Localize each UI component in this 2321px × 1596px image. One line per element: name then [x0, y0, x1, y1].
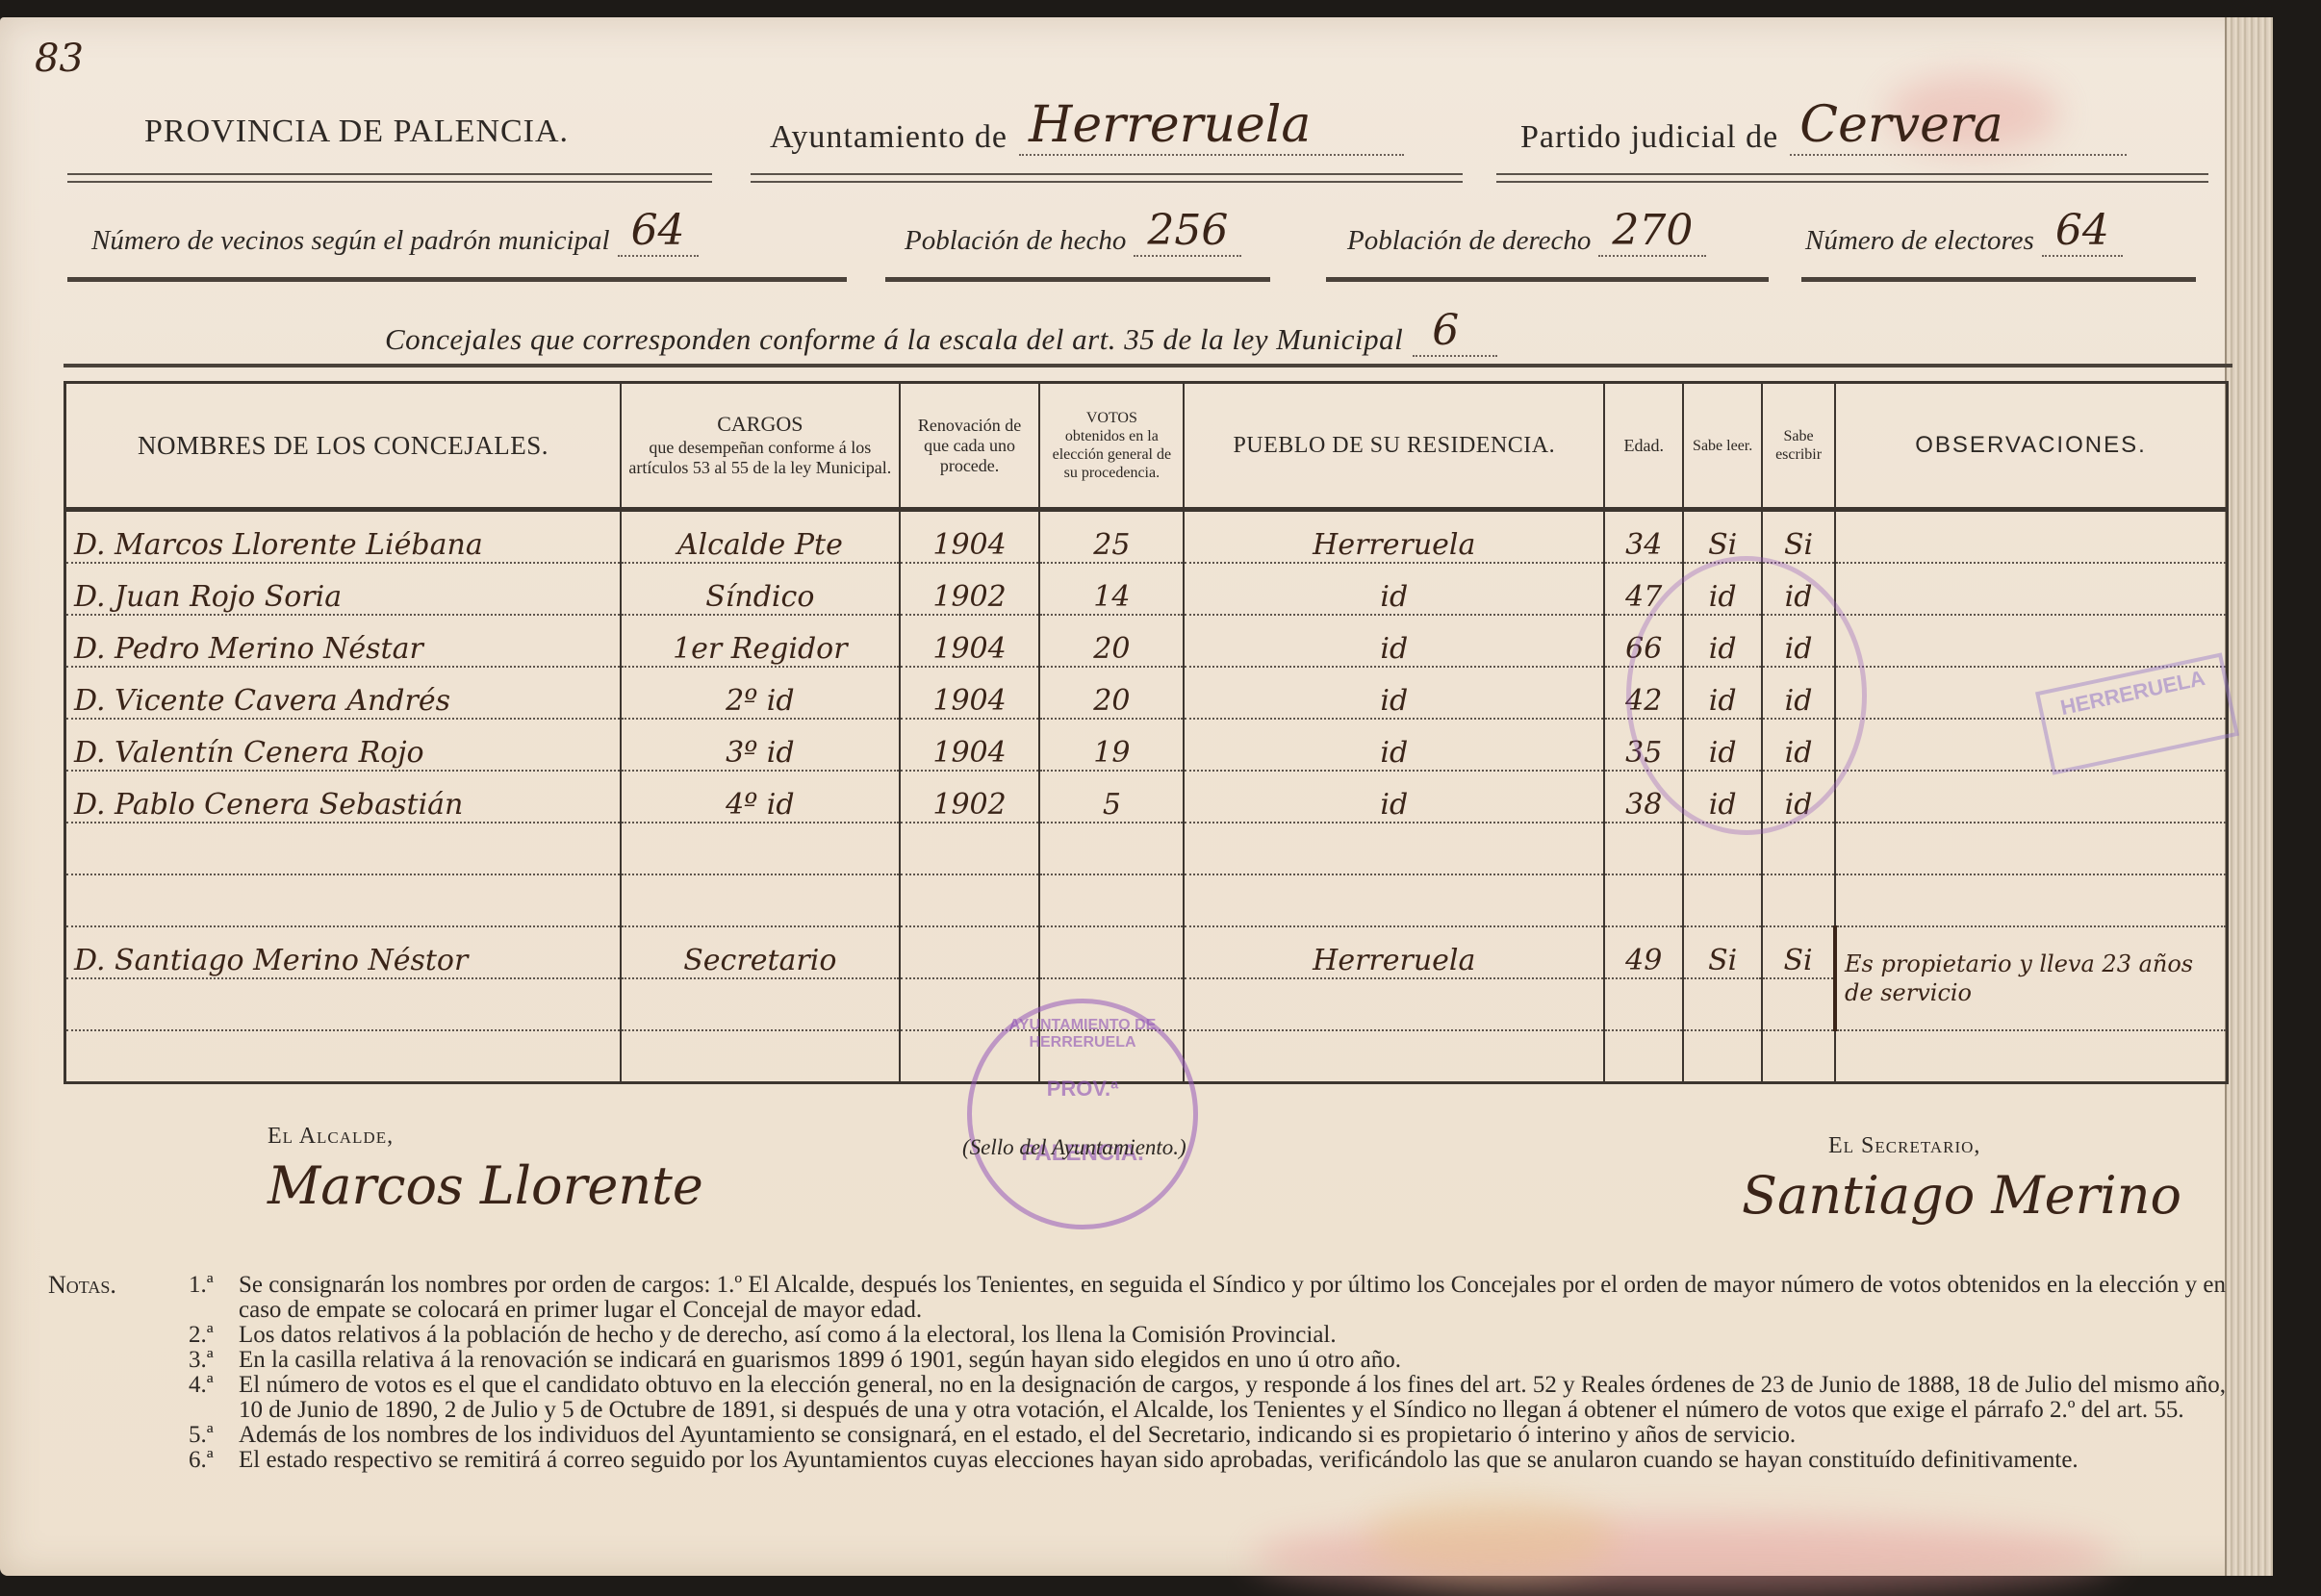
table-row: D. Vicente Cavera Andrés 2º id 1904 20 i… [65, 667, 2228, 719]
faded-round-stamp [1626, 556, 1867, 835]
col-edad: Edad. [1604, 383, 1683, 510]
divider [67, 173, 712, 183]
cargos-subtitle: que desempeñan conforme á los artículos … [625, 438, 895, 478]
cell-nombre: D. Pedro Merino Néstar [65, 615, 622, 667]
derecho-label: Población de derecho [1347, 225, 1591, 257]
table-row: D. Juan Rojo Soria Síndico 1902 14 id 47… [65, 563, 2228, 615]
col-nombres: NOMBRES DE LOS CONCEJALES. [65, 383, 622, 510]
vecinos-value: 64 [618, 206, 699, 257]
divider [64, 364, 2232, 367]
cell-renovacion: 1902 [900, 563, 1040, 615]
concejales-value: 6 [1413, 306, 1497, 357]
cell-pueblo: Herreruela [1184, 926, 1604, 978]
ayuntamiento-label: Ayuntamiento de [770, 119, 1007, 156]
cell-nombre: D. Marcos Llorente Liébana [65, 510, 622, 564]
cell-cargo: 3º id [621, 719, 900, 771]
alcalde-signature-block: El Alcalde, Marcos Llorente [268, 1124, 703, 1216]
concejales-line: Concejales que corresponden conforme á l… [385, 306, 1497, 357]
divider [751, 173, 1463, 183]
note-item: 1.ªSe consignarán los nombres por orden … [48, 1273, 2232, 1323]
note-text: Además de los nombres de los individuos … [239, 1422, 1796, 1448]
note-number: 3.ª [189, 1348, 239, 1373]
notes-section: Notas. 1.ªSe consignarán los nombres por… [48, 1273, 2232, 1473]
cell-obs [1835, 771, 2227, 823]
table-row: D. Marcos Llorente Liébana Alcalde Pte 1… [65, 510, 2228, 564]
cell-renovacion: 1904 [900, 719, 1040, 771]
stat-electores: Número de electores 64 [1805, 206, 2123, 257]
partido-value: Cervera [1790, 96, 2127, 156]
alcalde-signature: Marcos Llorente [268, 1155, 703, 1216]
note-item: 3.ªEn la casilla relativa á la renovació… [48, 1348, 2232, 1373]
table-row: D. Valentín Cenera Rojo 3º id 1904 19 id… [65, 719, 2228, 771]
cell-escribir: Si [1762, 510, 1835, 564]
cell-cargo: Alcalde Pte [621, 510, 900, 564]
cell-nombre: D. Pablo Cenera Sebastián [65, 771, 622, 823]
concejales-label: Concejales que corresponden conforme á l… [385, 322, 1403, 357]
alcalde-title: El Alcalde, [268, 1124, 703, 1150]
col-renovacion: Renovación de que cada uno procede. [900, 383, 1040, 510]
stamp-text-mid: PROV.ª [972, 1077, 1193, 1102]
cell-votos: 20 [1039, 667, 1184, 719]
ayuntamiento-value: Herreruela [1019, 96, 1404, 156]
note-item: 6.ªEl estado respectivo se remitirá á co… [48, 1448, 2232, 1473]
note-item: 4.ªEl número de votos es el que el candi… [48, 1373, 2232, 1423]
cell-nombre: D. Valentín Cenera Rojo [65, 719, 622, 771]
cell-pueblo: id [1184, 771, 1604, 823]
note-number: 4.ª [189, 1373, 239, 1398]
header-partido: Partido judicial de Cervera [1520, 96, 2127, 156]
electores-label: Número de electores [1805, 225, 2034, 257]
table-row-empty [65, 823, 2228, 874]
stamp-text-top: AYUNTAMIENTO DE HERRERUELA [972, 1017, 1193, 1051]
cell-pueblo: id [1184, 719, 1604, 771]
note-text: En la casilla relativa á la renovación s… [239, 1347, 1401, 1373]
derecho-value: 270 [1598, 206, 1706, 257]
cell-obs: Es propietario y lleva 23 años de servic… [1835, 926, 2227, 1030]
cell-leer: Si [1683, 510, 1762, 564]
cell-votos: 14 [1039, 563, 1184, 615]
cell-pueblo: id [1184, 563, 1604, 615]
divider [885, 277, 1270, 282]
cell-renovacion: 1902 [900, 771, 1040, 823]
secretario-title: El Secretario, [1828, 1133, 2181, 1159]
note-number: 5.ª [189, 1423, 239, 1448]
cell-edad: 49 [1604, 926, 1683, 978]
provincia-title: PROVINCIA DE PALENCIA. [144, 114, 569, 150]
divider [1801, 277, 2196, 282]
seal-caption: (Sello del Ayuntamiento.) [962, 1135, 1186, 1160]
cell-pueblo: Herreruela [1184, 510, 1604, 564]
cell-votos: 20 [1039, 615, 1184, 667]
divider [1326, 277, 1769, 282]
table-header-row: NOMBRES DE LOS CONCEJALES. CARGOS que de… [65, 383, 2228, 510]
cell-renovacion: 1904 [900, 615, 1040, 667]
note-text: Los datos relativos á la población de he… [239, 1322, 1337, 1348]
note-item: 2.ªLos datos relativos á la población de… [48, 1323, 2232, 1348]
cell-cargo: Secretario [621, 926, 900, 978]
stat-vecinos: Número de vecinos según el padrón munici… [91, 206, 699, 257]
divider [67, 277, 847, 282]
cell-escribir: Si [1762, 926, 1835, 978]
cell-pueblo: id [1184, 667, 1604, 719]
cell-votos: 25 [1039, 510, 1184, 564]
cell-obs [1835, 615, 2227, 667]
cell-nombre: D. Juan Rojo Soria [65, 563, 622, 615]
cell-votos: 19 [1039, 719, 1184, 771]
folio-number: 83 [35, 37, 84, 81]
note-text: Se consignarán los nombres por orden de … [239, 1272, 2226, 1323]
stain [1366, 1499, 1617, 1576]
note-number: 2.ª [189, 1323, 239, 1348]
document-page: 83 PROVINCIA DE PALENCIA. Ayuntamiento d… [0, 17, 2273, 1576]
table-row: D. Pedro Merino Néstar 1er Regidor 1904 … [65, 615, 2228, 667]
note-item: 5.ªAdemás de los nombres de los individu… [48, 1423, 2232, 1448]
concejales-table: NOMBRES DE LOS CONCEJALES. CARGOS que de… [64, 381, 2229, 1084]
col-votos: VOTOS obtenidos en la elección general d… [1039, 383, 1184, 510]
cell-renovacion: 1904 [900, 667, 1040, 719]
cell-leer: Si [1683, 926, 1762, 978]
cell-obs [1835, 510, 2227, 564]
cell-cargo: 4º id [621, 771, 900, 823]
divider [1496, 173, 2208, 183]
secretario-signature: Santiago Merino [1742, 1165, 2181, 1226]
stat-hecho: Población de hecho 256 [905, 206, 1241, 257]
col-observaciones: OBSERVACIONES. [1835, 383, 2227, 510]
cargos-title: CARGOS [625, 414, 895, 434]
cell-cargo: 1er Regidor [621, 615, 900, 667]
cell-renovacion: 1904 [900, 510, 1040, 564]
col-cargos: CARGOS que desempeñan conforme á los art… [621, 383, 900, 510]
table-row: D. Pablo Cenera Sebastián 4º id 1902 5 i… [65, 771, 2228, 823]
electores-value: 64 [2042, 206, 2123, 257]
col-sabe-leer: Sabe leer. [1683, 383, 1762, 510]
hecho-label: Población de hecho [905, 225, 1126, 257]
ayuntamiento-seal-stamp: AYUNTAMIENTO DE HERRERUELA PROV.ª PALENC… [967, 999, 1198, 1229]
note-number: 6.ª [189, 1448, 239, 1473]
note-text: El número de votos es el que el candidat… [239, 1372, 2226, 1423]
cell-nombre: D. Vicente Cavera Andrés [65, 667, 622, 719]
hecho-value: 256 [1134, 206, 1241, 257]
table-row-empty [65, 874, 2228, 926]
cell-obs [1835, 563, 2227, 615]
header-provincia: PROVINCIA DE PALENCIA. [144, 114, 569, 150]
table-row-secretario: D. Santiago Merino Néstor Secretario Her… [65, 926, 2228, 978]
col-pueblo: PUEBLO DE SU RESIDENCIA. [1184, 383, 1604, 510]
note-text: El estado respectivo se remitirá á corre… [239, 1447, 2079, 1473]
cell-cargo: 2º id [621, 667, 900, 719]
cell-cargo: Síndico [621, 563, 900, 615]
note-number: 1.ª [189, 1273, 239, 1298]
votos-title: VOTOS [1044, 409, 1179, 427]
cell-pueblo: id [1184, 615, 1604, 667]
partido-label: Partido judicial de [1520, 119, 1778, 156]
vecinos-label: Número de vecinos según el padrón munici… [91, 225, 610, 257]
cell-nombre: D. Santiago Merino Néstor [65, 926, 622, 978]
cell-votos: 5 [1039, 771, 1184, 823]
votos-subtitle: obtenidos en la elección general de su p… [1044, 427, 1179, 482]
col-sabe-escribir: Sabe escribir [1762, 383, 1835, 510]
header-ayuntamiento: Ayuntamiento de Herreruela [770, 96, 1404, 156]
secretario-signature-block: El Secretario, Santiago Merino [1828, 1133, 2181, 1226]
stat-derecho: Población de derecho 270 [1347, 206, 1706, 257]
cell-edad: 34 [1604, 510, 1683, 564]
